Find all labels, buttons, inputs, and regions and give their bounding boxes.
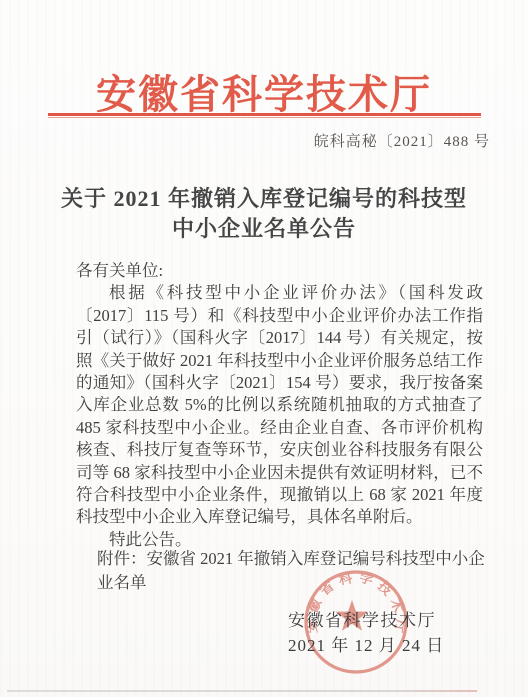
document-title-line2: 中小企业名单公告 [0, 214, 528, 244]
signature-agency-name: 安徽省科学技术厅 [288, 606, 436, 631]
header-divider-rule [48, 113, 481, 118]
scanned-page-bottom-edge [7, 690, 477, 692]
document-title-line1: 关于 2021 年撤销入库登记编号的科技型 [0, 184, 528, 214]
main-paragraph: 根据《科技型中小企业评价办法》（国科发政〔2017〕115 号）和《科技型中小企… [76, 282, 483, 528]
attachment-line: 附件：安徽省 2021 年撤销入库登记编号科技型中小企业名单 [76, 545, 496, 593]
agency-header-title: 安徽省科学技术厅 [0, 63, 528, 120]
document-reference-number: 皖科高秘〔2021〕488 号 [0, 130, 490, 151]
salutation: 各有关单位: [76, 260, 483, 282]
document-title: 关于 2021 年撤销入库登记编号的科技型 中小企业名单公告 [0, 184, 528, 244]
signature-date: 2021 年 12 月 24 日 [288, 631, 444, 656]
document-body: 各有关单位: 根据《科技型中小企业评价办法》（国科发政〔2017〕115 号）和… [76, 260, 483, 551]
official-document-page: 安徽省科学技术厅 皖科高秘〔2021〕488 号 关于 2021 年撤销入库登记… [0, 0, 528, 697]
